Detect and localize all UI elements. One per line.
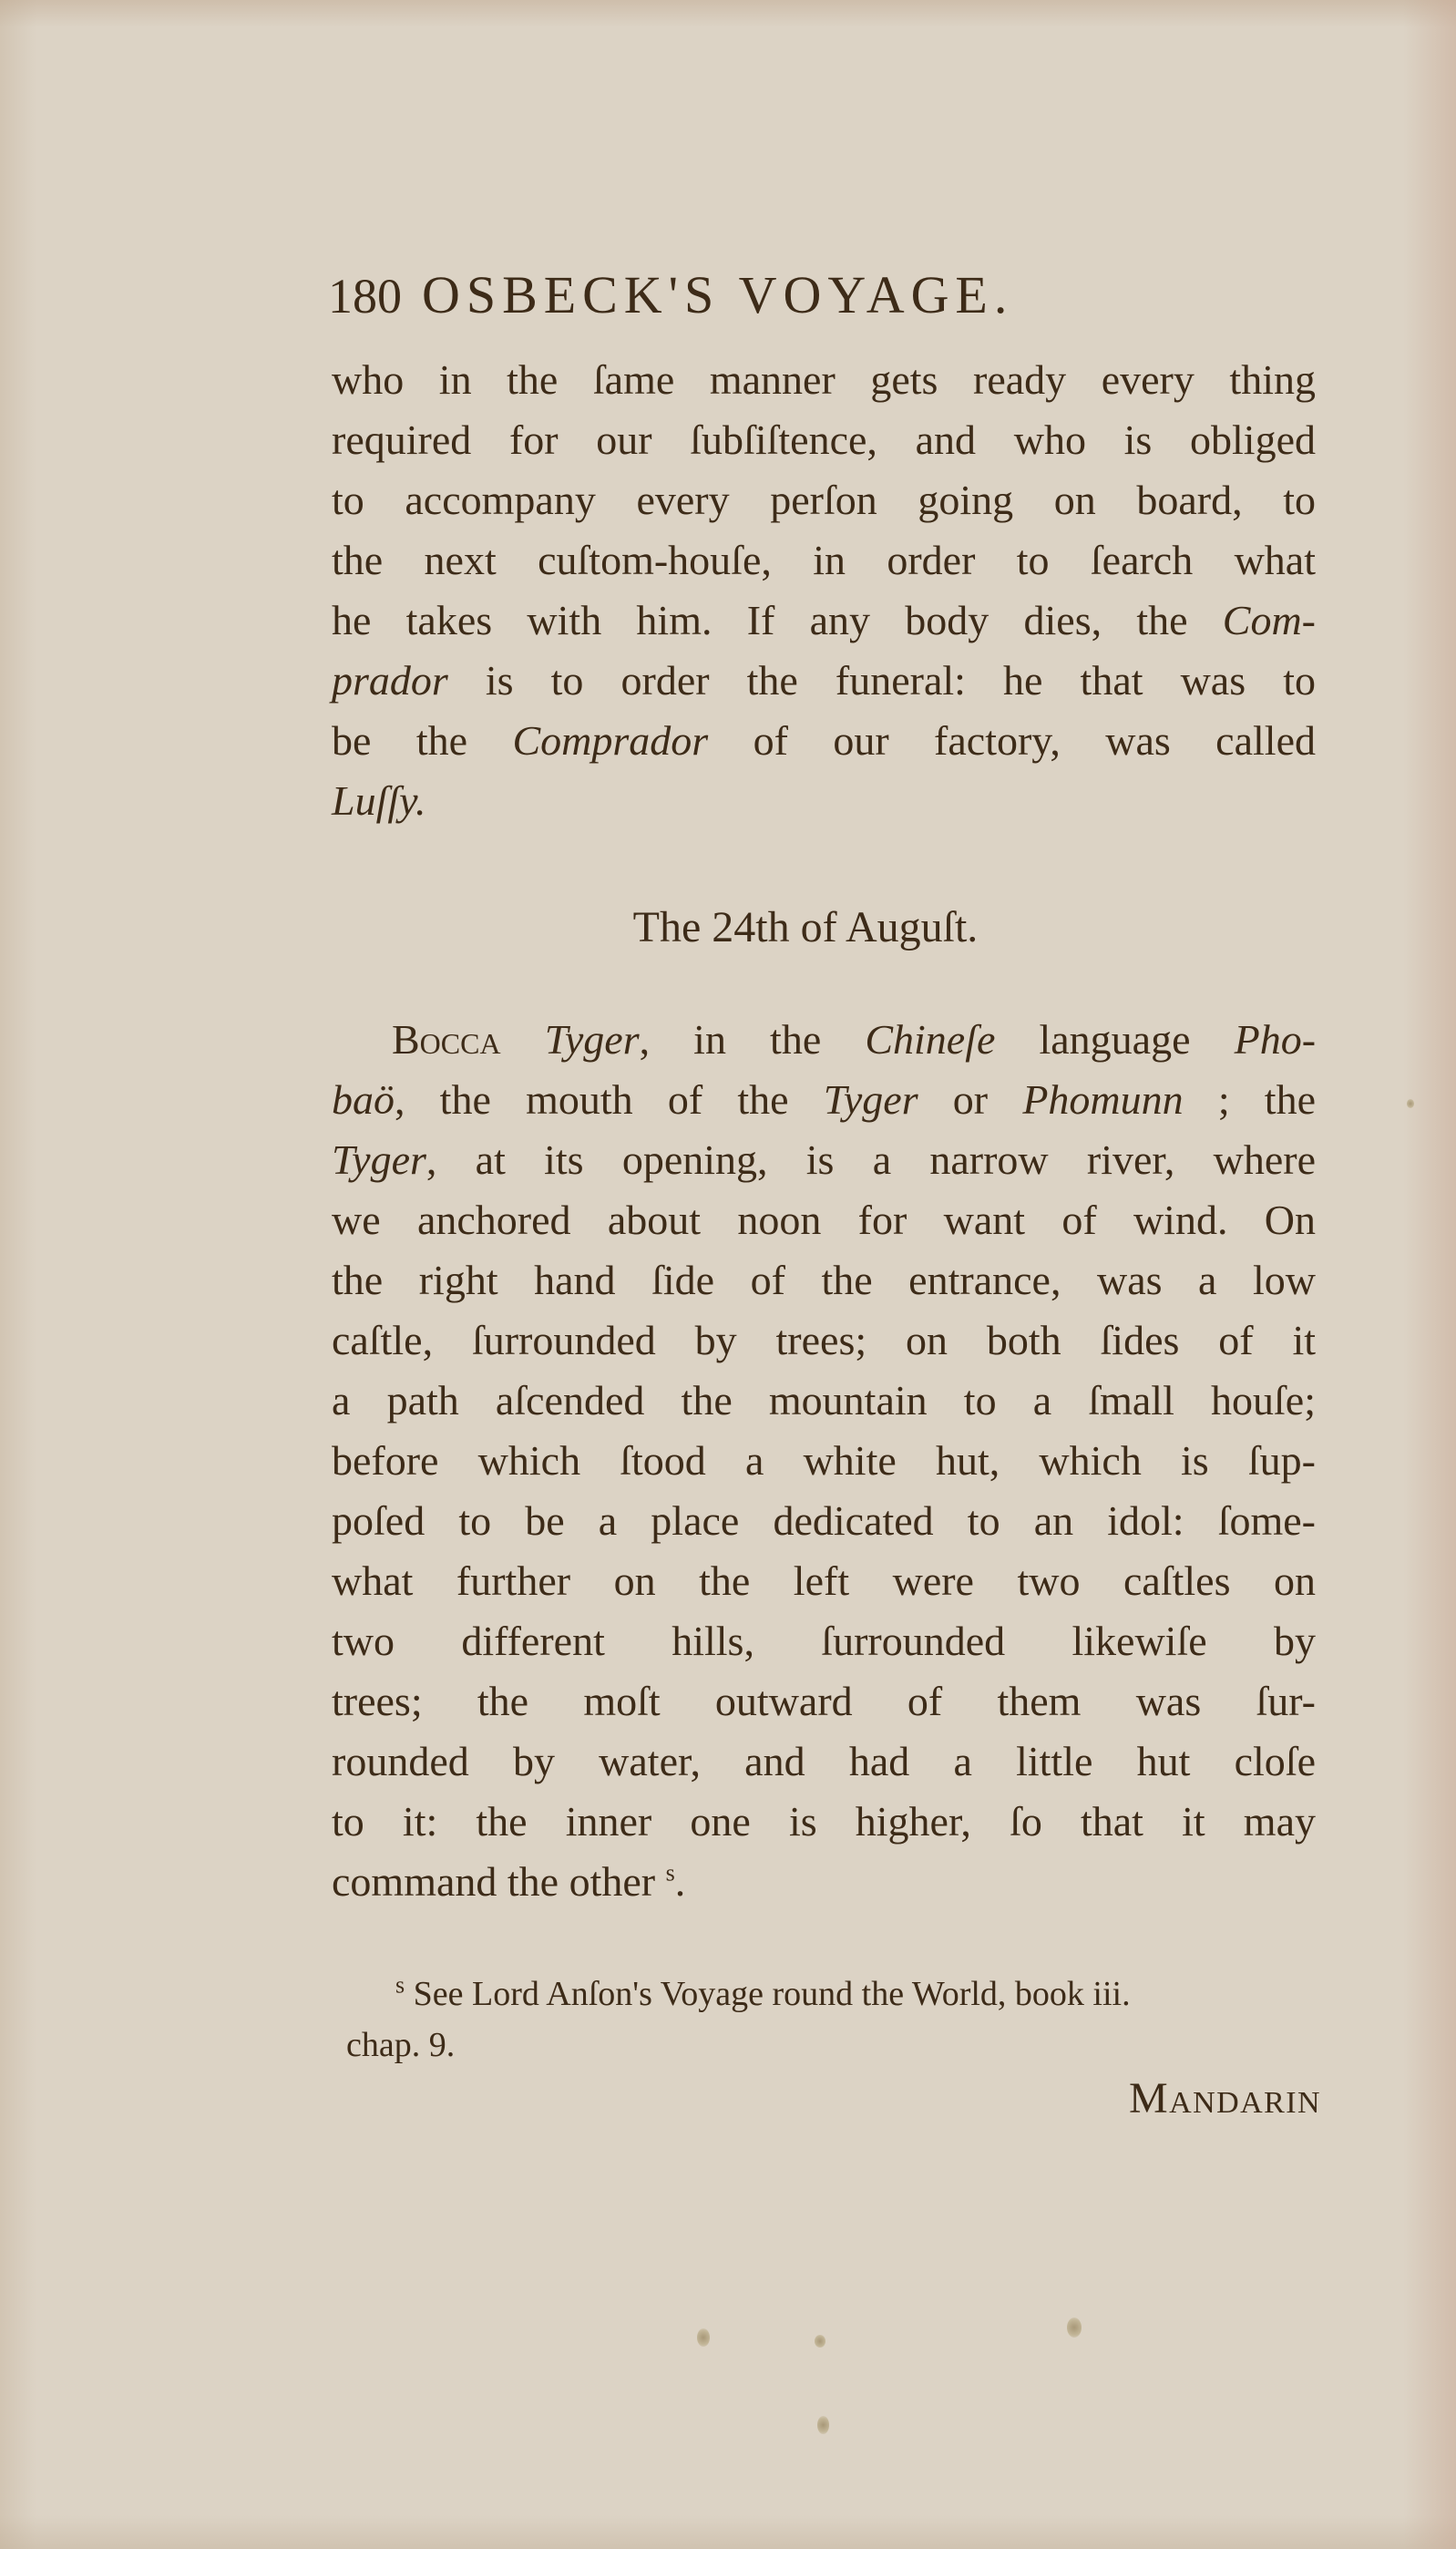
italic-term: prador (332, 657, 448, 704)
text-run: language (995, 1016, 1234, 1063)
italic-term: Tyger (332, 1136, 426, 1183)
paper-blemish (815, 2335, 825, 2348)
text-run: is to order the funeral: he that was to (448, 657, 1316, 704)
text-line: to it: the inner one is higher, ſo that … (332, 1792, 1316, 1852)
footnote-text: See Lord Anſon's Voyage round the World,… (405, 1975, 1130, 2013)
date-heading-text: The 24th of Auguſt. (633, 903, 979, 951)
text-run: , in the (640, 1016, 866, 1063)
smallcaps-word: Bocca (392, 1016, 501, 1063)
text-line: two different hills, ſurrounded likewiſe… (332, 1611, 1316, 1671)
italic-term: Tyger (824, 1076, 918, 1123)
running-head: 180OSBECK'S VOYAGE. (328, 264, 1330, 328)
italic-term: baö (332, 1076, 395, 1123)
running-title: OSBECK'S VOYAGE. (422, 265, 1013, 324)
page-number: 180 (328, 269, 402, 324)
italic-name: Luſſy. (332, 777, 426, 824)
text-line: rounded by water, and had a little hut c… (332, 1732, 1316, 1792)
paper-blemish (1407, 1099, 1414, 1108)
italic-term: Phomunn (1022, 1076, 1183, 1123)
paper-blemish (1067, 2318, 1082, 2338)
text-line: the right hand ſide of the entrance, was… (332, 1250, 1316, 1310)
footnote-line: chap. 9. (346, 2020, 1321, 2071)
date-heading: The 24th of Auguſt. (332, 902, 1316, 952)
text-run: command the other (332, 1858, 655, 1905)
catchword: Mandarin (1057, 2073, 1321, 2123)
text-line: he takes with him. If any body dies, the… (332, 591, 1316, 651)
text-line: required for our ſubſiſtence, and who is… (332, 410, 1316, 470)
text-line: a path aſcended the mountain to a ſmall … (332, 1371, 1316, 1431)
text-line: we anchored about noon for want of wind.… (332, 1190, 1316, 1250)
text-run: of our factory, was called (708, 717, 1316, 764)
text-line: caſtle, ſurrounded by trees; on both ſid… (332, 1310, 1316, 1371)
text-run: , at its opening, is a narrow river, whe… (426, 1136, 1316, 1183)
paragraph-compradore: who in the ſame manner gets ready every … (332, 350, 1316, 831)
footnote-line: s See Lord Anſon's Voyage round the Worl… (346, 1968, 1321, 2020)
text-run: or (918, 1076, 1023, 1123)
text-line: baö, the mouth of the Tyger or Phomunn ;… (332, 1070, 1316, 1130)
italic-term: Comprador (512, 717, 708, 764)
text-line: trees; the moſt outward of them was ſur- (332, 1671, 1316, 1732)
footnote-marker: s (395, 1971, 405, 1998)
text-line: what further on the left were two caſtle… (332, 1551, 1316, 1611)
space (501, 1016, 545, 1063)
text-line: Tyger, at its opening, is a narrow river… (332, 1130, 1316, 1190)
paper-blemish (817, 2416, 829, 2434)
footnote-reference[interactable]: s (666, 1860, 675, 1886)
text-run: he takes with him. If any body dies, the (332, 597, 1223, 643)
text-line: prador is to order the funeral: he that … (332, 651, 1316, 711)
text-line: who in the ſame manner gets ready every … (332, 350, 1316, 410)
italic-term: Com- (1223, 597, 1316, 643)
text-run: be the (332, 717, 512, 764)
text-run: ; the (1184, 1076, 1316, 1123)
footnote: s See Lord Anſon's Voyage round the Worl… (346, 1968, 1321, 2071)
text-line: be the Comprador of our factory, was cal… (332, 711, 1316, 771)
italic-term: Chineſe (865, 1016, 995, 1063)
text-line: the next cuſtom-houſe, in order to ſearc… (332, 530, 1316, 591)
book-page: 180OSBECK'S VOYAGE. who in the ſame mann… (0, 0, 1456, 2549)
text-run: , the mouth of the (395, 1076, 824, 1123)
italic-term: Pho- (1235, 1016, 1316, 1063)
paragraph-bocca-tyger: Bocca Tyger, in the Chineſe language Pho… (332, 1010, 1316, 1912)
punctuation: . (675, 1858, 686, 1905)
paper-blemish (697, 2328, 710, 2347)
text-line: command the other s. (332, 1852, 1316, 1912)
text-line: Luſſy. (332, 771, 1316, 831)
text-line: Bocca Tyger, in the Chineſe language Pho… (332, 1010, 1316, 1070)
text-line: poſed to be a place dedicated to an idol… (332, 1491, 1316, 1551)
italic-term: Tyger (545, 1016, 640, 1063)
text-line: to accompany every perſon going on board… (332, 470, 1316, 530)
text-line: before which ſtood a white hut, which is… (332, 1431, 1316, 1491)
